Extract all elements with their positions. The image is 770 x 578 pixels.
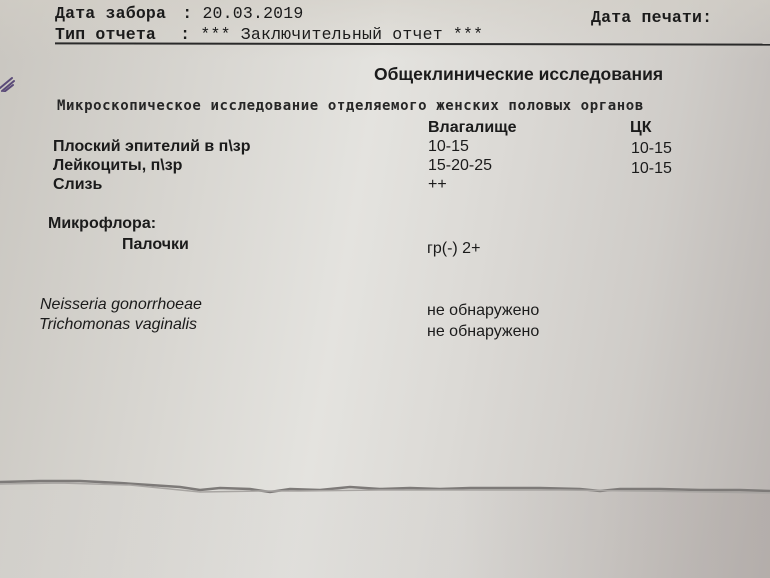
collection-date-sep: :: [182, 4, 192, 23]
row-value-mucus-vagina: ++: [428, 176, 447, 194]
pen-mark-icon: [0, 70, 16, 92]
pathogen-name: Trichomonas vaginalis: [39, 316, 197, 334]
pathogen-name: Neisseria gonorrhoeae: [40, 296, 202, 314]
print-date-label: Дата печати:: [591, 8, 712, 27]
section-subtitle: Микроскопическое исследование отделяемог…: [57, 98, 644, 114]
row-label-leukocytes: Лейкоциты, п\зр: [53, 157, 182, 175]
report-type-label: Тип отчета: [55, 25, 156, 44]
pathogen-result: не обнаружено: [427, 323, 539, 341]
report-type-sep: :: [180, 25, 190, 44]
collection-date-value: 20.03.2019: [202, 4, 303, 23]
row-label-mucus: Слизь: [53, 176, 102, 194]
collection-date-label: Дата забора: [55, 4, 166, 23]
report-type-value: *** Заключительный отчет ***: [200, 25, 483, 44]
column-header-cervical-canal: ЦК: [630, 119, 651, 137]
row-value-leukocytes-ck: 10-15: [631, 160, 672, 178]
column-header-vagina: Влагалище: [428, 119, 517, 137]
report-type-row: Тип отчета : *** Заключительный отчет **…: [55, 25, 483, 44]
row-value-leukocytes-vagina: 15-20-25: [428, 157, 492, 175]
row-value-epithelium-vagina: 10-15: [428, 138, 469, 156]
row-label-epithelium: Плоский эпителий в п\зр: [53, 138, 251, 156]
section-title: Общеклинические исследования: [374, 64, 663, 85]
row-value-epithelium-ck: 10-15: [631, 140, 672, 158]
microflora-item-label: Палочки: [122, 236, 189, 254]
paper-shading-bottom: [0, 490, 770, 578]
microflora-heading: Микрофлора:: [48, 215, 156, 233]
pathogen-result: не обнаружено: [427, 302, 539, 320]
paper-tear-line: [0, 478, 770, 498]
microflora-item-value: гр(-) 2+: [427, 240, 480, 258]
collection-date-row: Дата забора : 20.03.2019: [55, 4, 303, 23]
